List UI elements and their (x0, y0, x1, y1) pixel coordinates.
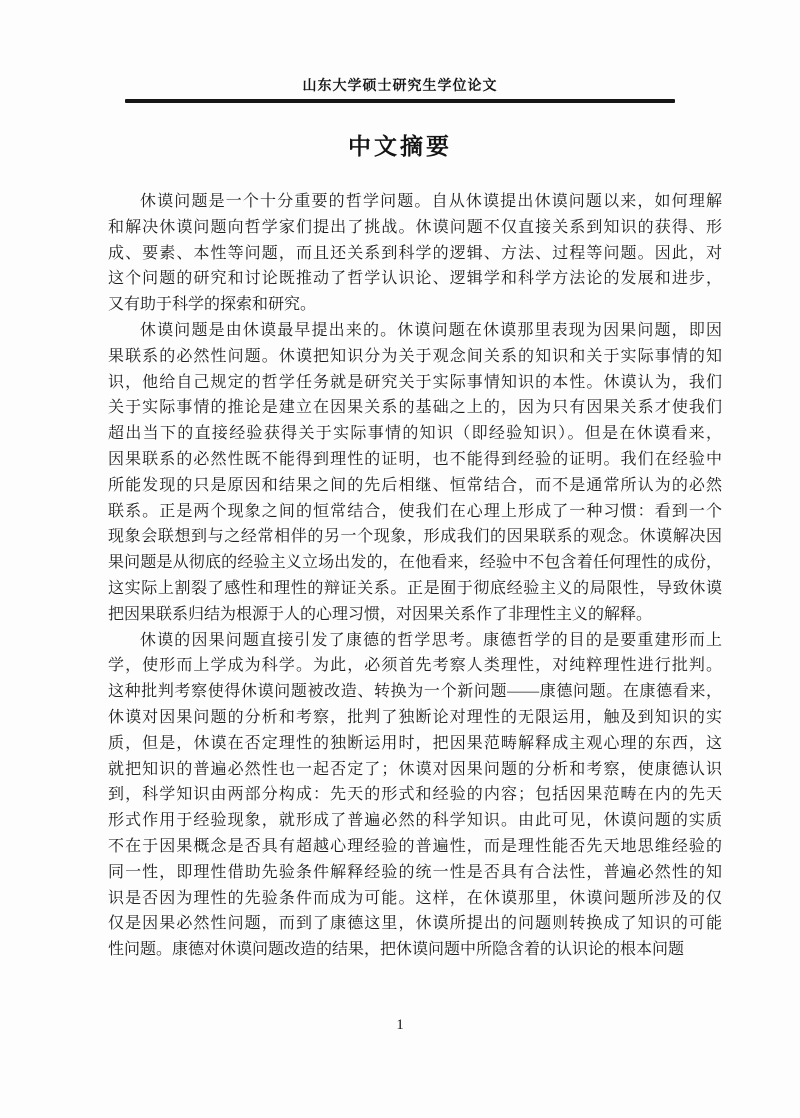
text-line: 又有助于科学的探索和研究。 (108, 292, 722, 318)
page-title: 中文摘要 (0, 131, 800, 161)
paragraph: 休谟问题是一个十分重要的哲学问题。自从休谟提出休谟问题以来，如何理解和解决休谟问… (108, 189, 722, 318)
text-line: 因果联系的必然性既不能得到理性的证明，也不能得到经验的证明。我们在经验中 (108, 447, 722, 473)
text-line: 果问题是从彻底的经验主义立场出发的，在他看来，经验中不包含着任何理性的成份， (108, 550, 722, 576)
text-line: 所能发现的只是原因和结果之间的先后相继、恒常结合，而不是通常所认为的必然 (108, 473, 722, 499)
abstract-body: 休谟问题是一个十分重要的哲学问题。自从休谟提出休谟问题以来，如何理解和解决休谟问… (108, 189, 722, 963)
text-line: 这个问题的研究和讨论既推动了哲学认识论、逻辑学和科学方法论的发展和进步， (108, 266, 722, 292)
text-line: 同一性，即理性借助先验条件解释经验的统一性是否具有合法性，普遍必然性的知 (108, 860, 722, 886)
text-line: 关于实际事情的推论是建立在因果关系的基础之上的，因为只有因果关系才使我们 (108, 395, 722, 421)
text-line: 这实际上割裂了感性和理性的辩证关系。正是囿于彻底经验主义的局限性，导致休谟 (108, 576, 722, 602)
text-line: 识是否因为理性的先验条件而成为可能。这样，在休谟那里，休谟问题所涉及的仅 (108, 886, 722, 912)
paragraph: 休谟问题是由休谟最早提出来的。休谟问题在休谟那里表现为因果问题，即因果联系的必然… (108, 318, 722, 628)
text-line: 休谟问题是一个十分重要的哲学问题。自从休谟提出休谟问题以来，如何理解 (108, 189, 722, 215)
text-line: 联系。正是两个现象之间的恒常结合，使我们在心理上形成了一种习惯：看到一个 (108, 499, 722, 525)
text-line: 仅是因果必然性问题，而到了康德这里，休谟所提出的问题则转换成了知识的可能 (108, 911, 722, 937)
text-line: 休谟问题是由休谟最早提出来的。休谟问题在休谟那里表现为因果问题，即因 (108, 318, 722, 344)
page-number: 1 (0, 1015, 800, 1035)
text-line: 不在于因果概念是否具有超越心理经验的普遍性，而是理性能否先天地思维经验的 (108, 834, 722, 860)
text-line: 识，他给自己规定的哲学任务就是研究关于实际事情知识的本性。休谟认为，我们 (108, 370, 722, 396)
text-line: 到，科学知识由两部分构成：先天的形式和经验的内容；包括因果范畴在内的先天 (108, 782, 722, 808)
text-line: 质，但是，休谟在否定理性的独断运用时，把因果范畴解释成主观心理的东西，这 (108, 731, 722, 757)
text-line: 这种批判考察使得休谟问题被改造、转换为一个新问题——康德问题。在康德看来， (108, 679, 722, 705)
text-line: 和解决休谟问题向哲学家们提出了挑战。休谟问题不仅直接关系到知识的获得、形 (108, 215, 722, 241)
text-line: 就把知识的普遍必然性也一起否定了；休谟对因果问题的分析和考察，使康德认识 (108, 757, 722, 783)
text-line: 超出当下的直接经验获得关于实际事情的知识（即经验知识）。但是在休谟看来， (108, 421, 722, 447)
thesis-page: 山东大学硕士研究生学位论文 中文摘要 休谟问题是一个十分重要的哲学问题。自从休谟… (0, 0, 800, 1118)
text-line: 性问题。康德对休谟问题改造的结果，把休谟问题中所隐含着的认识论的根本问题 (108, 937, 722, 963)
running-header: 山东大学硕士研究生学位论文 (0, 0, 800, 94)
text-line: 果联系的必然性问题。休谟把知识分为关于观念间关系的知识和关于实际事情的知 (108, 344, 722, 370)
text-line: 成、要素、本性等问题，而且还关系到科学的逻辑、方法、过程等问题。因此，对 (108, 241, 722, 267)
text-line: 学，使形而上学成为科学。为此，必须首先考察人类理性，对纯粹理性进行批判。 (108, 653, 722, 679)
text-line: 休谟的因果问题直接引发了康德的哲学思考。康德哲学的目的是要重建形而上 (108, 628, 722, 654)
paragraph: 休谟的因果问题直接引发了康德的哲学思考。康德哲学的目的是要重建形而上学，使形而上… (108, 628, 722, 963)
text-line: 把因果联系归结为根源于人的心理习惯，对因果关系作了非理性主义的解释。 (108, 602, 722, 628)
text-line: 休谟对因果问题的分析和考察，批判了独断论对理性的无限运用，触及到知识的实 (108, 705, 722, 731)
header-rule (125, 99, 675, 103)
text-line: 现象会联想到与之经常相伴的另一个现象，形成我们的因果联系的观念。休谟解决因 (108, 524, 722, 550)
text-line: 形式作用于经验现象，就形成了普遍必然的科学知识。由此可见，休谟问题的实质 (108, 808, 722, 834)
